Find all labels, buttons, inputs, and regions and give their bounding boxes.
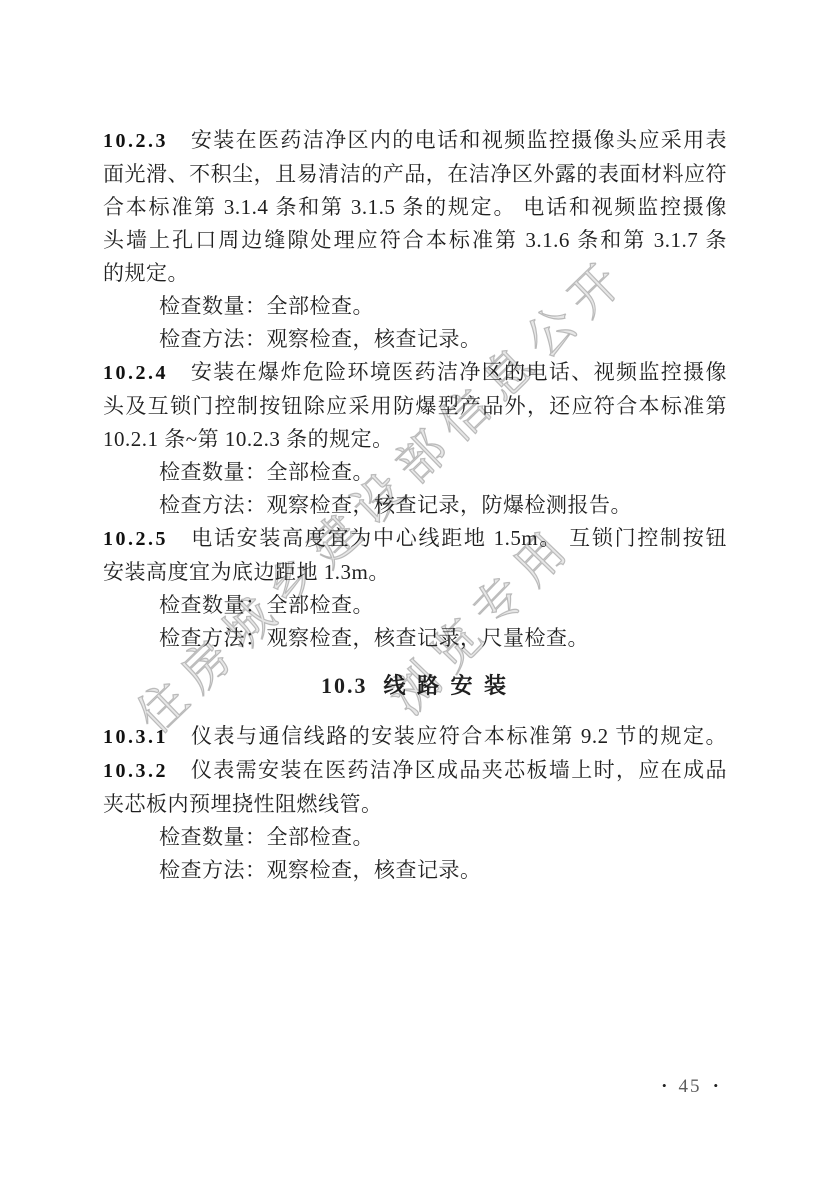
body-line: 10.3.2仪表需安装在医药洁净区成品夹芯板墙上时，应在成品 <box>103 754 727 788</box>
line-text: 检查方法：观察检查，核查记录，防爆检测报告。 <box>159 493 632 517</box>
line-text: 夹芯板内预埋挠性阻燃线管。 <box>103 792 383 816</box>
line-text: 检查数量：全部检查。 <box>159 460 374 484</box>
page-number-value: 45 <box>679 1076 702 1097</box>
line-text: 的规定。 <box>103 261 189 285</box>
section-heading: 10.3线 路 安 装 <box>103 669 727 702</box>
body-line: 的规定。 <box>103 257 727 290</box>
line-text: 检查数量：全部检查。 <box>159 294 374 318</box>
body-line: 面光滑、不积尘，且易清洁的产品，在洁净区外露的表面材料应符 <box>103 158 727 191</box>
line-text: 头及互锁门控制按钮除应采用防爆型产品外，还应符合本标准第 <box>103 394 727 418</box>
page-number-dot-right: • <box>714 1078 719 1093</box>
line-text: 头墙上孔口周边缝隙处理应符合本标准第 3.1.6 条和第 3.1.7 条 <box>103 228 727 252</box>
indent-line: 检查方法：观察检查，核查记录，尺量检查。 <box>103 622 727 655</box>
line-text: 电话安装高度宜为中心线距地 1.5m。 互锁门控制按钮 <box>190 526 727 550</box>
section-number: 10.3.2 <box>103 760 168 782</box>
line-text: 合本标准第 3.1.4 条和第 3.1.5 条的规定。 电话和视频监控摄像 <box>103 195 727 219</box>
section-heading-number: 10.3 <box>321 673 368 698</box>
line-text: 检查数量：全部检查。 <box>159 825 374 849</box>
body-line: 安装高度宜为底边距地 1.3m。 <box>103 556 727 589</box>
line-text: 检查方法：观察检查，核查记录，尺量检查。 <box>159 626 589 650</box>
body-line: 10.3.1仪表与通信线路的安装应符合本标准第 9.2 节的规定。 <box>103 720 727 754</box>
indent-line: 检查方法：观察检查，核查记录。 <box>103 854 727 887</box>
line-text: 检查方法：观察检查，核查记录。 <box>159 327 482 351</box>
section-number: 10.2.5 <box>103 528 168 550</box>
indent-line: 检查数量：全部检查。 <box>103 589 727 622</box>
indent-line: 检查方法：观察检查，核查记录。 <box>103 323 727 356</box>
page-body: 10.2.3安装在医药洁净区内的电话和视频监控摄像头应采用表面光滑、不积尘，且易… <box>103 124 727 887</box>
indent-line: 检查数量：全部检查。 <box>103 821 727 854</box>
section-heading-label: 线 路 安 装 <box>383 673 509 698</box>
page-number-dot-left: • <box>662 1078 667 1093</box>
body-line: 10.2.4安装在爆炸危险环境医药洁净区的电话、视频监控摄像 <box>103 356 727 390</box>
line-text: 安装高度宜为底边距地 1.3m。 <box>103 560 390 584</box>
body-line: 10.2.3安装在医药洁净区内的电话和视频监控摄像头应采用表 <box>103 124 727 158</box>
line-text: 检查数量：全部检查。 <box>159 593 374 617</box>
section-number: 10.3.1 <box>103 726 168 748</box>
line-text: 仪表与通信线路的安装应符合本标准第 9.2 节的规定。 <box>190 724 727 748</box>
body-line: 夹芯板内预埋挠性阻燃线管。 <box>103 788 727 821</box>
body-line: 10.2.1 条~第 10.2.3 条的规定。 <box>103 423 727 456</box>
section-number: 10.2.4 <box>103 362 168 384</box>
document-page: 住房城乡建设部信息公开 浏览专用 10.2.3安装在医药洁净区内的电话和视频监控… <box>0 0 827 1200</box>
line-text: 10.2.1 条~第 10.2.3 条的规定。 <box>103 427 394 451</box>
indent-line: 检查数量：全部检查。 <box>103 456 727 489</box>
body-line: 头及互锁门控制按钮除应采用防爆型产品外，还应符合本标准第 <box>103 390 727 423</box>
line-text: 安装在医药洁净区内的电话和视频监控摄像头应采用表 <box>190 128 727 152</box>
body-line: 头墙上孔口周边缝隙处理应符合本标准第 3.1.6 条和第 3.1.7 条 <box>103 224 727 257</box>
line-text: 检查方法：观察检查，核查记录。 <box>159 858 482 882</box>
line-text: 仪表需安装在医药洁净区成品夹芯板墙上时，应在成品 <box>190 758 727 782</box>
section-number: 10.2.3 <box>103 130 168 152</box>
line-text: 面光滑、不积尘，且易清洁的产品，在洁净区外露的表面材料应符 <box>103 162 727 186</box>
indent-line: 检查数量：全部检查。 <box>103 290 727 323</box>
indent-line: 检查方法：观察检查，核查记录，防爆检测报告。 <box>103 489 727 522</box>
body-line: 10.2.5电话安装高度宜为中心线距地 1.5m。 互锁门控制按钮 <box>103 522 727 556</box>
line-text: 安装在爆炸危险环境医药洁净区的电话、视频监控摄像 <box>190 360 727 384</box>
page-number: •45• <box>640 1074 740 1099</box>
body-line: 合本标准第 3.1.4 条和第 3.1.5 条的规定。 电话和视频监控摄像 <box>103 191 727 224</box>
